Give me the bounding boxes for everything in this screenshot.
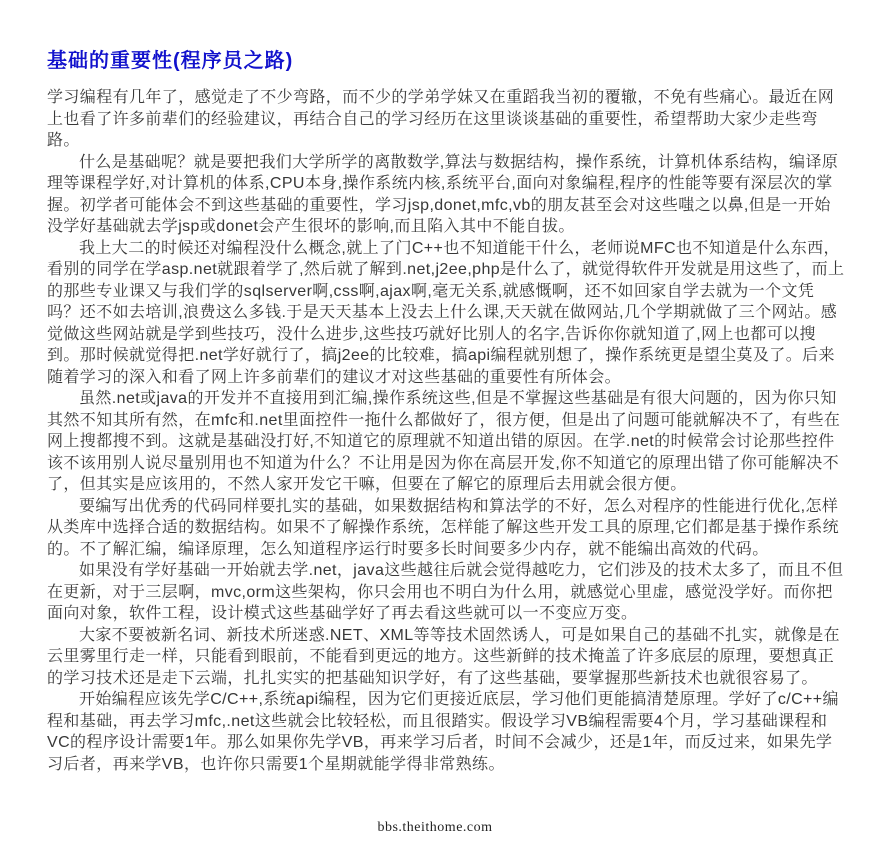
paragraph-sophomore-experience: 我上大二的时候还对编程没什么概念,就上了门C++也不知道能干什么，老师说MFC也…	[47, 238, 847, 389]
paragraph-what-is-foundation: 什么是基础呢？就是要把我们大学所学的离散数学,算法与数据结构，操作系统，计算机体…	[47, 152, 847, 238]
paragraph-new-tech-warning: 大家不要被新名词、新技术所迷惑.NET、XML等等技术固然诱人，可是如果自己的基…	[47, 625, 847, 690]
paragraph-intro: 学习编程有几年了，感觉走了不少弯路，而不少的学弟学妹又在重蹈我当初的覆辙，不免有…	[47, 87, 847, 152]
paragraph-without-foundation: 如果没有学好基础一开始就去学.net，java这些越往后就会觉得越吃力，它们涉及…	[47, 560, 847, 625]
paragraph-learn-c-first: 开始编程应该先学C/C++,系统api编程，因为它们更接近底层，学习他们更能搞清…	[47, 689, 847, 775]
document-body: 学习编程有几年了，感觉走了不少弯路，而不少的学弟学妹又在重蹈我当初的覆辙，不免有…	[47, 87, 847, 775]
paragraph-excellent-code: 要编写出优秀的代码同样要扎实的基础，如果数据结构和算法学的不好，怎么对程序的性能…	[47, 496, 847, 561]
document-title: 基础的重要性(程序员之路)	[47, 44, 293, 73]
document-page: 基础的重要性(程序员之路) 学习编程有几年了，感觉走了不少弯路，而不少的学弟学妹…	[0, 0, 870, 842]
footer-site-url: bbs.theithome.com	[0, 820, 870, 836]
paragraph-net-java-problems: 虽然.net或java的开发并不直接用到汇编,操作系统这些,但是不掌握这些基础是…	[47, 388, 847, 496]
